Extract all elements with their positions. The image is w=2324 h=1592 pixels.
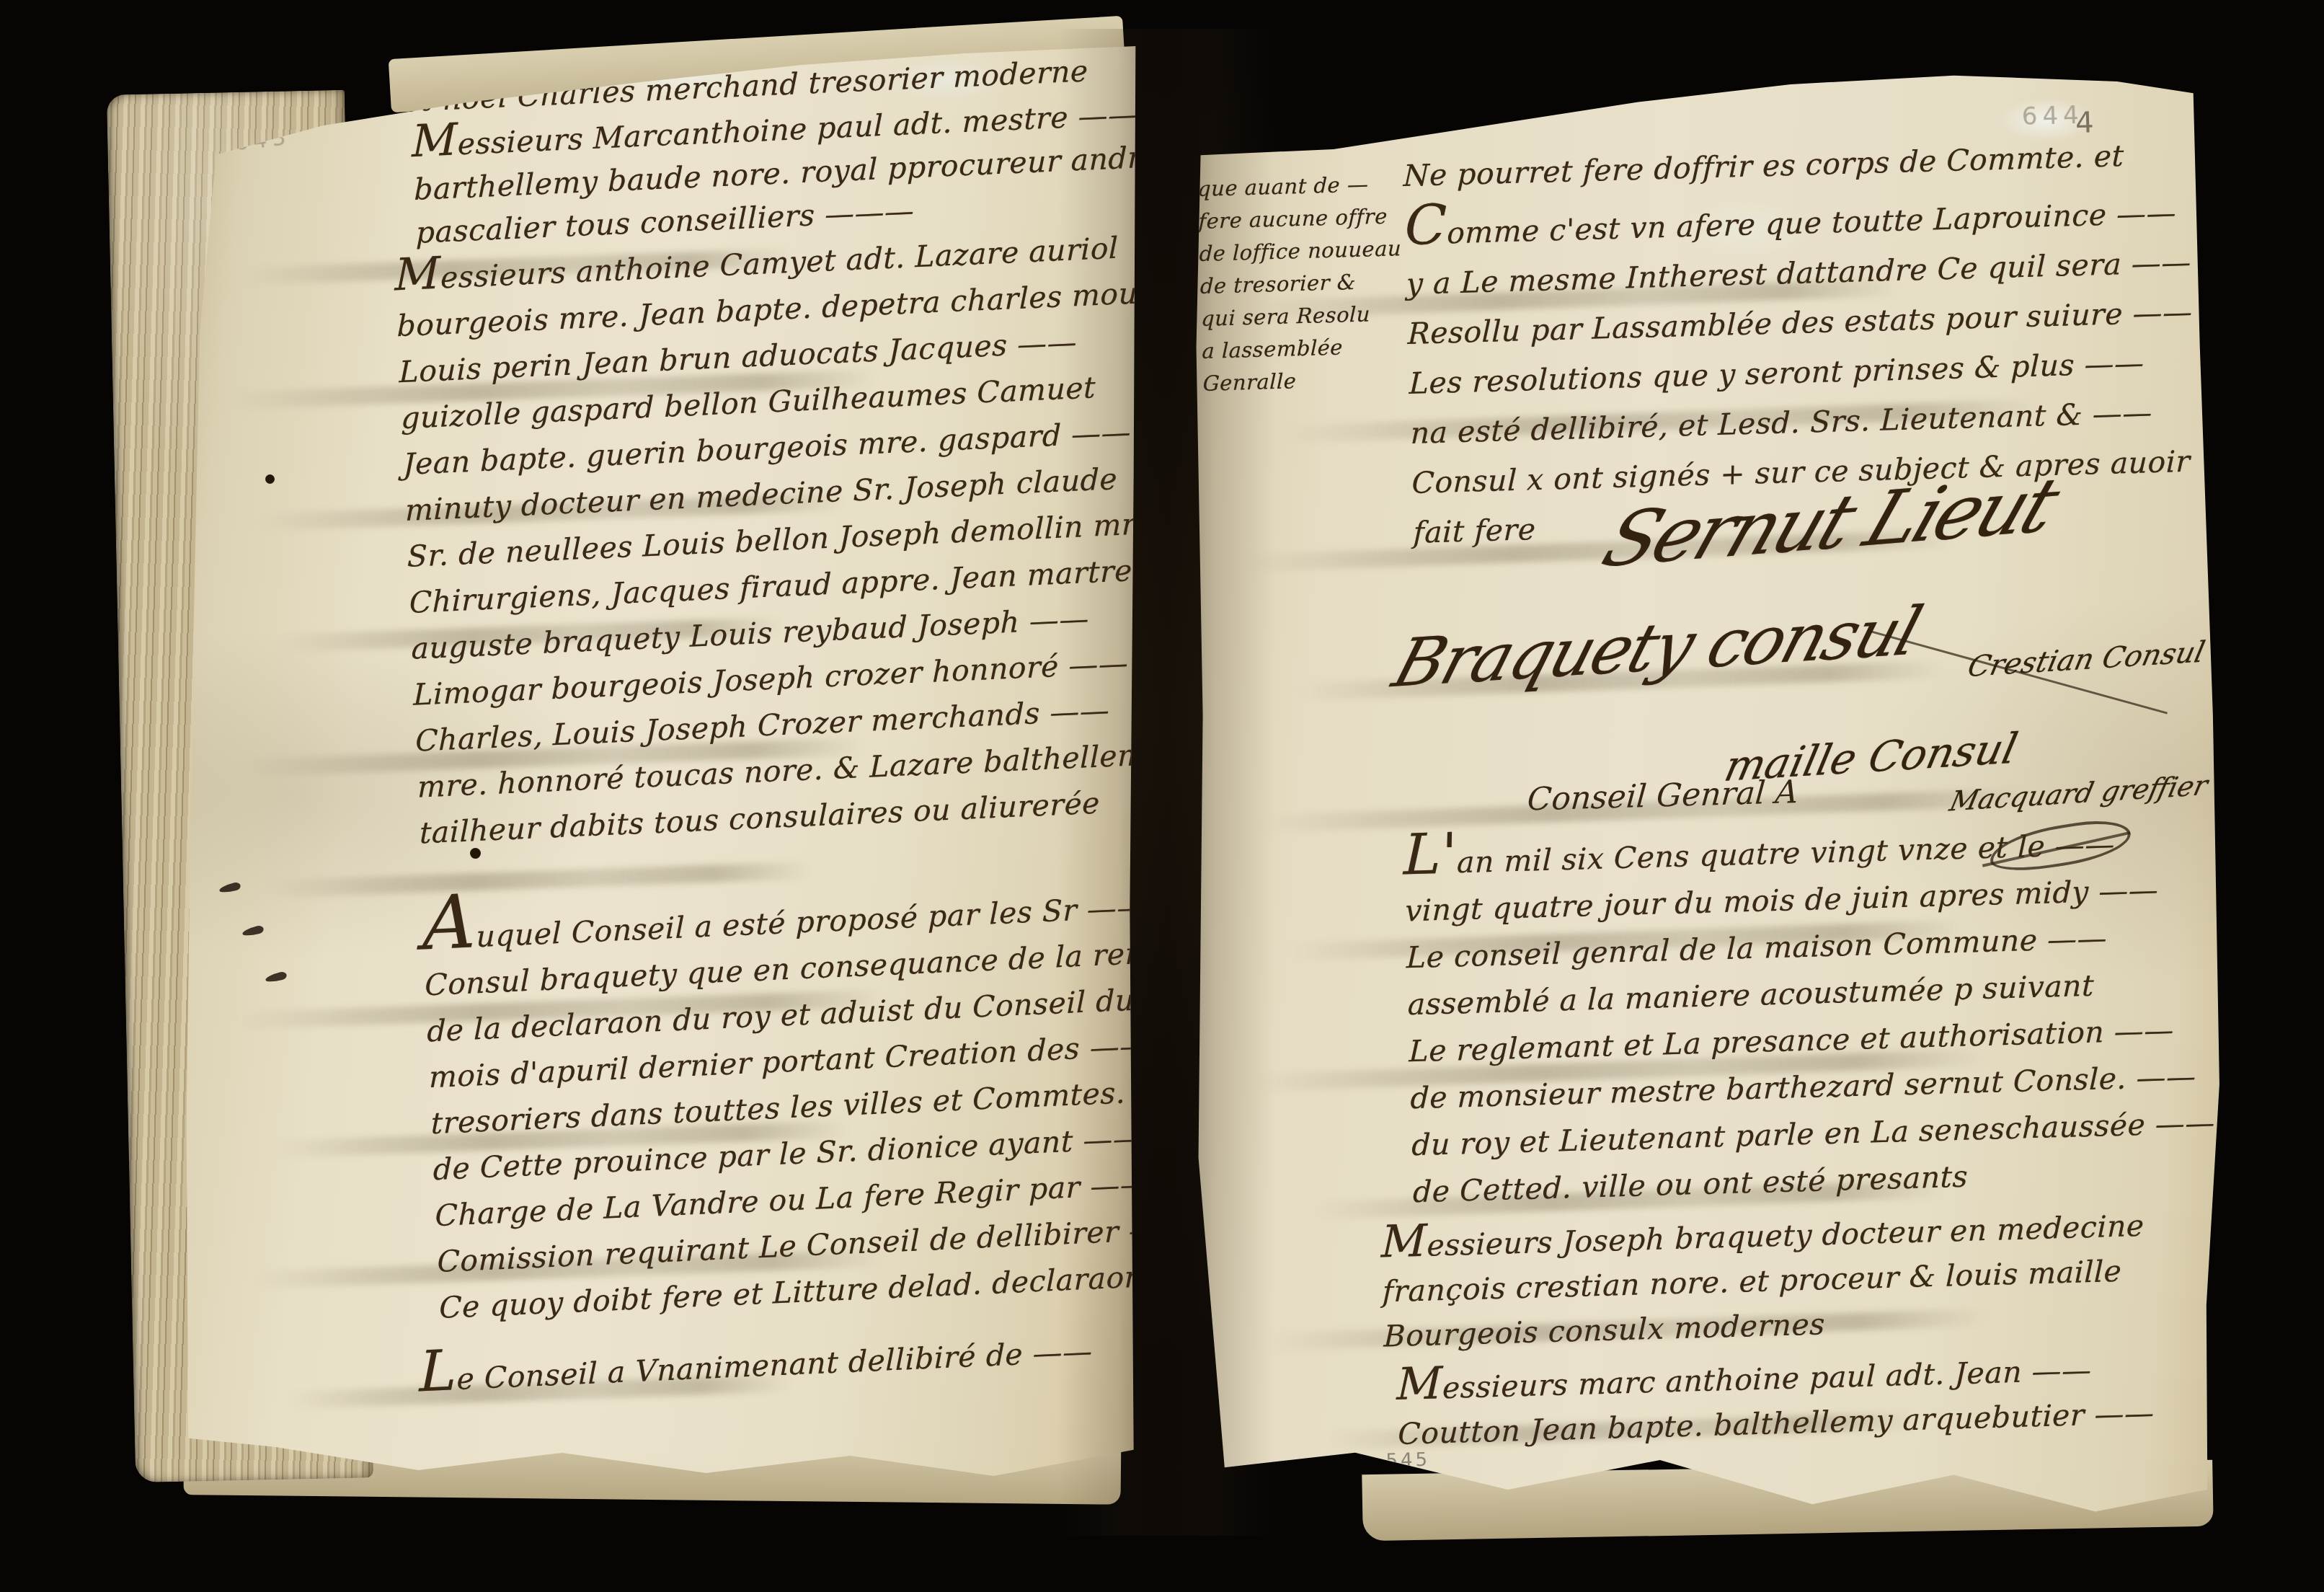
section-heading: Conseil Genral A: [1526, 774, 1800, 818]
paragraph-session-date: L'an mil six Cens quatre vingt vnze et l…: [1403, 810, 2217, 1216]
right-page: 644 4 que auant de —fere aucune offrede …: [1137, 52, 2226, 1526]
manuscript-line: fere aucune offre: [1198, 200, 1401, 238]
photo-background: 643 et noel Charles merchand tresorier m…: [0, 0, 2324, 1592]
manuscript-line: qui sera Resolu: [1201, 297, 1404, 335]
paragraph-council-members: Messieurs anthoine Camyet adt. Lazare au…: [394, 216, 1223, 857]
pencil-archive-number: 545: [1385, 1449, 1430, 1472]
paragraph-consuls-present: Messieurs Joseph braquety docteur en med…: [1380, 1198, 2147, 1358]
manuscript-line: que auant de —: [1197, 167, 1401, 205]
manuscript-line: a lassemblée: [1202, 330, 1405, 368]
left-page-text: 643 et noel Charles merchand tresorier m…: [147, 21, 1169, 1508]
right-page-text: 644 4 que auant de —fere aucune offrede …: [1117, 37, 2247, 1541]
manuscript-line: de tresorier &: [1199, 265, 1403, 303]
paragraph-messieurs: Messieurs marc anthoine paul adt. Jean —…: [1396, 1341, 2155, 1456]
signature-greffier: Macquard greffier: [1947, 769, 2211, 818]
left-page: 643 et noel Charles merchand tresorier m…: [179, 42, 1137, 1487]
manuscript-line: Le Conseil a Vnanimenant dellibiré de ——: [419, 1319, 1093, 1405]
margin-note: que auant de —fere aucune offrede loffic…: [1197, 167, 1406, 400]
paragraph-deliberation: Le Conseil a Vnanimenant dellibiré de ——: [418, 1319, 1094, 1405]
signature-consul-crestian: Crestian Consul: [1964, 635, 2208, 684]
signature-consul-braquety: Braquety consul: [1385, 592, 1928, 702]
paragraph-proposal: Auquel Conseil a esté proposé par les Sr…: [421, 866, 1241, 1331]
manuscript-line: Genralle: [1202, 362, 1406, 400]
manuscript-line: de loffice nouueau: [1199, 232, 1402, 270]
